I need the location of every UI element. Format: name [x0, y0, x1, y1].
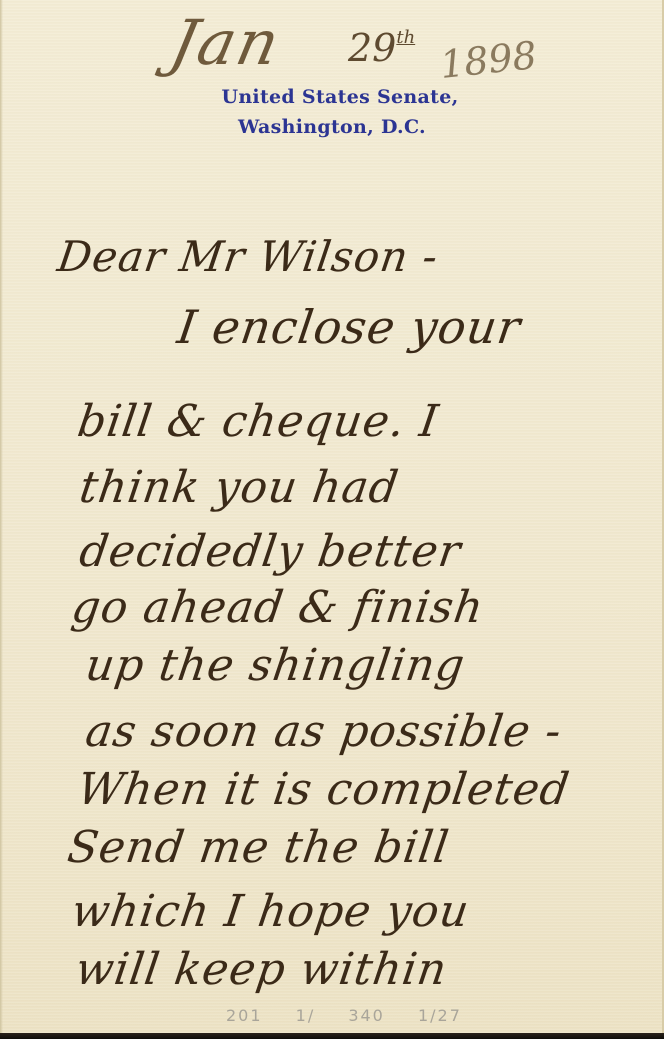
date-day-number: 29: [348, 26, 396, 70]
letter-line: as soon as possible -: [82, 706, 565, 757]
letter-line: bill & cheque. I: [74, 396, 442, 447]
letter-line: I enclose your: [174, 300, 524, 354]
letter-line: think you had: [76, 462, 402, 513]
date-month: Jan: [164, 6, 287, 79]
archival-note-item: 340: [348, 1006, 385, 1025]
date-year: 1898: [438, 33, 539, 87]
paper-left-edge: [0, 0, 3, 1039]
letter-line: will keep within: [72, 944, 450, 995]
letterhead-location: Washington, D.C.: [0, 116, 664, 138]
archival-pencil-note: 201 1/ 340 1/27: [226, 1006, 488, 1025]
scan-bottom-border: [0, 1033, 664, 1039]
letter-line: decidedly better: [76, 526, 464, 577]
archival-note-item: 1/27: [418, 1006, 462, 1025]
archival-note-item: 201: [226, 1006, 263, 1025]
salutation: Dear Mr Wilson -: [55, 232, 442, 281]
date-day-suffix: th: [396, 27, 415, 48]
letter-line: which I hope you: [68, 886, 472, 937]
archival-note-item: 1/: [296, 1006, 316, 1025]
letter-line: Send me the bill: [64, 822, 452, 873]
letter-line: up the shingling: [82, 640, 468, 691]
letter-line: When it is completed: [74, 764, 572, 815]
letter-line: go ahead & finish: [68, 582, 487, 633]
date-day: 29th: [348, 26, 415, 70]
letterhead-senate: United States Senate,: [150, 86, 530, 108]
letter-page: Jan 29th 1898 United States Senate, Wash…: [0, 0, 664, 1039]
